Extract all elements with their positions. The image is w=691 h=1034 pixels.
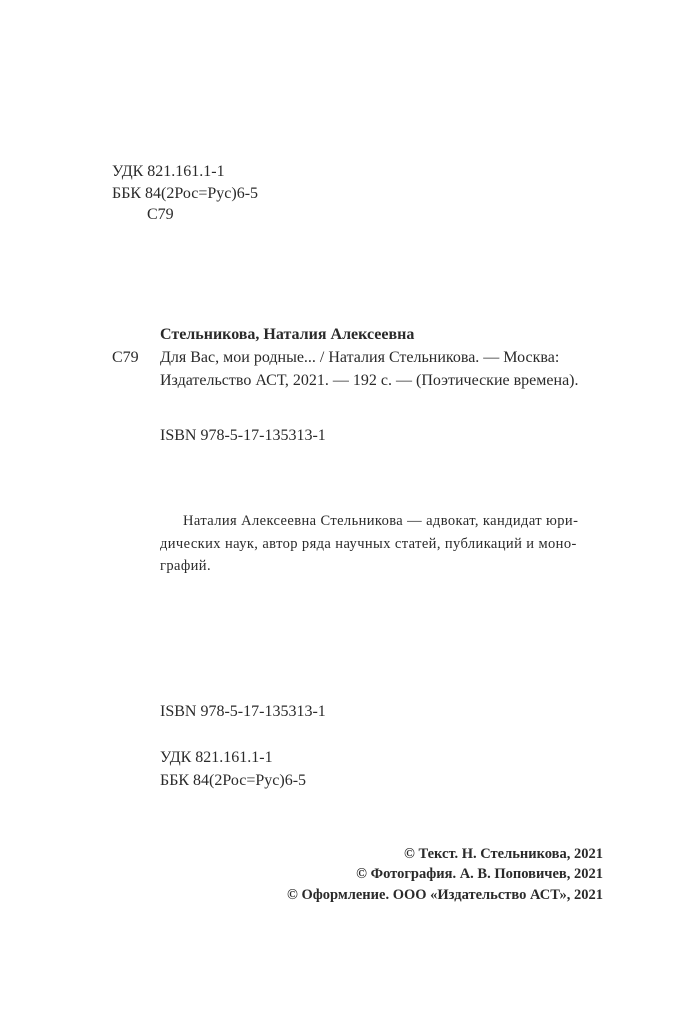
- udk-code: УДК 821.161.1-1: [112, 161, 225, 183]
- udk-bottom: УДК 821.161.1-1: [160, 747, 273, 769]
- bbk-code: ББК 84(2Рос=Рус)6-5: [112, 183, 258, 205]
- author-mark: С79: [112, 347, 139, 369]
- isbn: ISBN 978-5-17-135313-1: [160, 425, 326, 447]
- copyright-design: © Оформление. ООО «Издательство АСТ», 20…: [287, 884, 603, 906]
- record-line-2: Издательство АСТ, 2021. — 192 с. — (Поэт…: [160, 370, 579, 392]
- author-mark: С79: [147, 204, 174, 226]
- copyright-photo: © Фотография. А. В. Поповичев, 2021: [356, 863, 603, 885]
- record-line-1: Для Вас, мои родные... / Наталия Стельни…: [160, 347, 559, 369]
- bbk-bottom: ББК 84(2Рос=Рус)6-5: [160, 770, 306, 792]
- copyright-text: © Текст. Н. Стельникова, 2021: [404, 843, 603, 865]
- isbn-bottom: ISBN 978-5-17-135313-1: [160, 701, 326, 723]
- annotation-line-3: графий.: [160, 555, 211, 577]
- author-heading: Стельникова, Наталия Алексеевна: [160, 324, 414, 346]
- annotation-line-2: дических наук, автор ряда научных статей…: [160, 533, 577, 555]
- annotation-line-1: Наталия Алексеевна Стельникова — адвокат…: [183, 510, 578, 532]
